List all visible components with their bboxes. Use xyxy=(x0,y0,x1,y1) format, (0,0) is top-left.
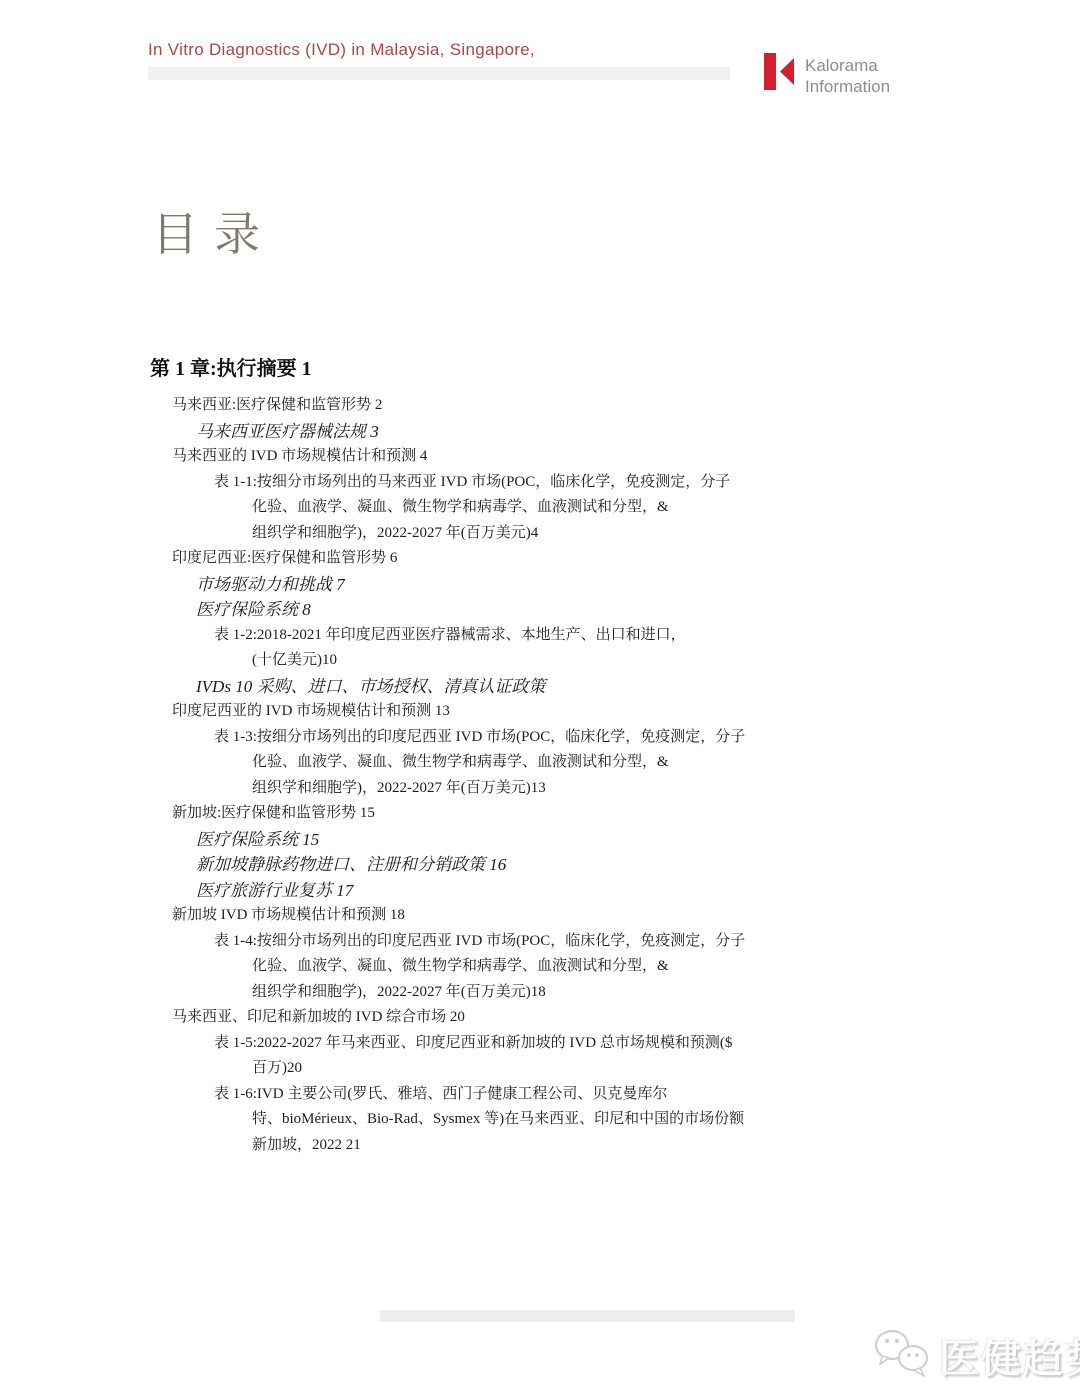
toc-entry: 表 1-4:按细分市场列出的印度尼西亚 IVD 市场(POC，临床化学，免疫测定… xyxy=(150,929,940,1006)
toc-entry-line: 表 1-1:按细分市场列出的马来西亚 IVD 市场(POC，临床化学，免疫测定，… xyxy=(214,470,940,496)
toc-entry-line: 表 1-6:IVD 主要公司(罗氏、雅培、西门子健康工程公司、贝克曼库尔 xyxy=(214,1082,940,1108)
toc-chapter-heading: 第 1 章:执行摘要 1 xyxy=(150,352,940,381)
toc-entry: 印度尼西亚:医疗保健和监管形势 6 xyxy=(172,546,940,572)
toc-entry-line: 组织学和细胞学)，2022-2027 年(百万美元)18 xyxy=(252,980,940,1006)
kalorama-logo-text: Kalorama Information xyxy=(805,55,890,97)
toc-entry: IVDs 10 采购、进口、市场授权、清真认证政策 xyxy=(196,674,940,700)
toc-entry: 医疗保险系统 15 xyxy=(196,827,940,853)
kalorama-logo: Kalorama Information xyxy=(764,53,890,97)
logo-text-line1: Kalorama xyxy=(805,55,890,76)
kalorama-logo-icon xyxy=(764,53,794,95)
watermark: 医健趋势 xyxy=(872,1326,1080,1385)
toc-entry-line: 新加坡，2022 21 xyxy=(252,1133,940,1159)
toc-entry: 表 1-6:IVD 主要公司(罗氏、雅培、西门子健康工程公司、贝克曼库尔 特、b… xyxy=(150,1082,940,1159)
document-header-title: In Vitro Diagnostics (IVD) in Malaysia, … xyxy=(148,40,535,60)
table-of-contents: 第 1 章:执行摘要 1 马来西亚:医疗保健和监管形势 2 马来西亚医疗器械法规… xyxy=(150,352,940,1158)
toc-entry: 新加坡 IVD 市场规模估计和预测 18 xyxy=(172,903,940,929)
toc-entry-line: 表 1-2:2018-2021 年印度尼西亚医疗器械需求、本地生产、出口和进口， xyxy=(214,623,940,649)
toc-entry: 市场驱动力和挑战 7 xyxy=(196,572,940,598)
header-underline-bar xyxy=(148,67,730,80)
toc-entry: 印度尼西亚的 IVD 市场规模估计和预测 13 xyxy=(172,699,940,725)
toc-entry-line: 化验、血液学、凝血、微生物学和病毒学、血液测试和分型，& xyxy=(252,750,940,776)
toc-entry: 新加坡:医疗保健和监管形势 15 xyxy=(172,801,940,827)
toc-entry: 马来西亚:医疗保健和监管形势 2 xyxy=(172,393,940,419)
toc-entry: 医疗旅游行业复苏 17 xyxy=(196,878,940,904)
document-page: In Vitro Diagnostics (IVD) in Malaysia, … xyxy=(0,0,1080,1396)
toc-entry-line: 组织学和细胞学)，2022-2027 年(百万美元)13 xyxy=(252,776,940,802)
toc-entry: 新加坡静脉药物进口、注册和分销政策 16 xyxy=(196,852,940,878)
toc-entry-line: 表 1-4:按细分市场列出的印度尼西亚 IVD 市场(POC，临床化学，免疫测定… xyxy=(214,929,940,955)
toc-entry: 表 1-3:按细分市场列出的印度尼西亚 IVD 市场(POC，临床化学，免疫测定… xyxy=(150,725,940,802)
toc-entry-line: (十亿美元)10 xyxy=(252,648,940,674)
toc-entry: 表 1-1:按细分市场列出的马来西亚 IVD 市场(POC，临床化学，免疫测定，… xyxy=(150,470,940,547)
toc-entry: 表 1-5:2022-2027 年马来西亚、印度尼西亚和新加坡的 IVD 总市场… xyxy=(150,1031,940,1082)
toc-entry: 马来西亚的 IVD 市场规模估计和预测 4 xyxy=(172,444,940,470)
page-title: 目录 xyxy=(152,198,276,264)
watermark-text: 医健趋势 xyxy=(939,1327,1080,1384)
toc-entry-line: 化验、血液学、凝血、微生物学和病毒学、血液测试和分型，& xyxy=(252,495,940,521)
footer-scan-bar xyxy=(380,1310,795,1322)
toc-entry: 马来西亚医疗器械法规 3 xyxy=(196,419,940,445)
toc-entry-line: 表 1-5:2022-2027 年马来西亚、印度尼西亚和新加坡的 IVD 总市场… xyxy=(214,1031,940,1057)
logo-text-line2: Information xyxy=(805,76,890,97)
wechat-icon xyxy=(872,1326,934,1385)
toc-entry-line: 特、bioMérieux、Bio-Rad、Sysmex 等)在马来西亚、印尼和中… xyxy=(252,1107,940,1133)
toc-entry-line: 化验、血液学、凝血、微生物学和病毒学、血液测试和分型，& xyxy=(252,954,940,980)
toc-entry-line: 百万)20 xyxy=(252,1056,940,1082)
toc-entry: 马来西亚、印尼和新加坡的 IVD 综合市场 20 xyxy=(172,1005,940,1031)
toc-entry-line: 表 1-3:按细分市场列出的印度尼西亚 IVD 市场(POC，临床化学，免疫测定… xyxy=(214,725,940,751)
toc-entry: 表 1-2:2018-2021 年印度尼西亚医疗器械需求、本地生产、出口和进口，… xyxy=(150,623,940,674)
toc-entry: 医疗保险系统 8 xyxy=(196,597,940,623)
toc-entry-line: 组织学和细胞学)，2022-2027 年(百万美元)4 xyxy=(252,521,940,547)
